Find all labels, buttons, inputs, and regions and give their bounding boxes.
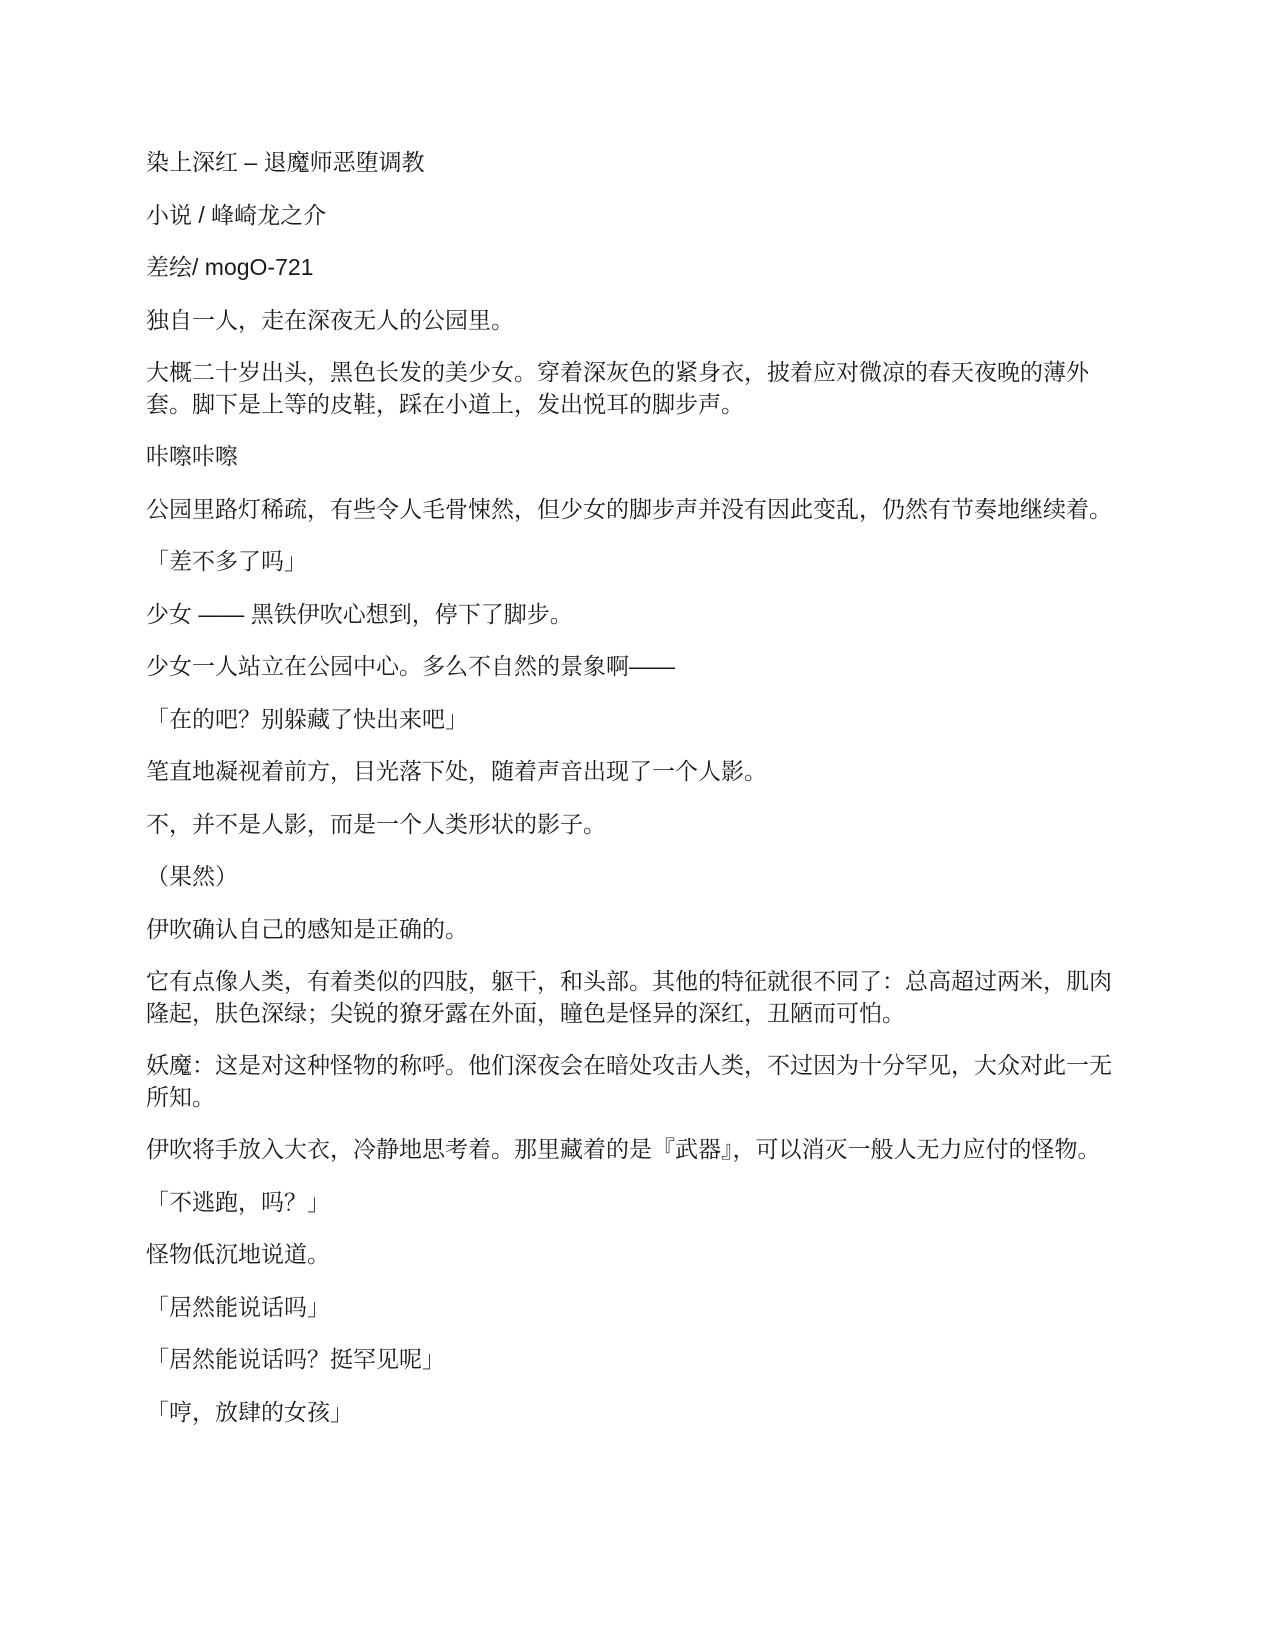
document-content: 染上深红 – 退魔师恶堕调教 小说 / 峰崎龙之介 差绘/ mogO-721 独… — [146, 147, 1114, 1428]
paragraph: 它有点像人类，有着类似的四肢，躯干，和头部。其他的特征就很不同了：总高超过两米，… — [146, 966, 1114, 1029]
paragraph-quote: 「不逃跑，吗？」 — [146, 1187, 1114, 1219]
document-page: 染上深红 – 退魔师恶堕调教 小说 / 峰崎龙之介 差绘/ mogO-721 独… — [0, 0, 1275, 1650]
paragraph: 妖魔：这是对这种怪物的称呼。他们深夜会在暗处攻击人类，不过因为十分罕见，大众对此… — [146, 1050, 1114, 1113]
paragraph: 怪物低沉地说道。 — [146, 1239, 1114, 1271]
paragraph: 独自一人，走在深夜无人的公园里。 — [146, 305, 1114, 337]
credit-novel-author: 小说 / 峰崎龙之介 — [146, 200, 1114, 232]
paragraph-quote: 「差不多了吗」 — [146, 546, 1114, 578]
paragraph: 咔嚓咔嚓 — [146, 441, 1114, 473]
paragraph: 伊吹确认自己的感知是正确的。 — [146, 914, 1114, 946]
paragraph: 笔直地凝视着前方，目光落下处，随着声音出现了一个人影。 — [146, 756, 1114, 788]
paragraph: 少女一人站立在公园中心。多么不自然的景象啊—— — [146, 651, 1114, 683]
paragraph-quote: 「居然能说话吗」 — [146, 1292, 1114, 1324]
paragraph-quote: 「在的吧？别躲藏了快出来吧」 — [146, 704, 1114, 736]
paragraph: （果然） — [146, 861, 1114, 893]
paragraph: 大概二十岁出头，黑色长发的美少女。穿着深灰色的紧身衣，披着应对微凉的春天夜晚的薄… — [146, 357, 1114, 420]
doc-title: 染上深红 – 退魔师恶堕调教 — [146, 147, 1114, 179]
paragraph: 不，并不是人影，而是一个人类形状的影子。 — [146, 809, 1114, 841]
credit-artist: 差绘/ mogO-721 — [146, 252, 1114, 284]
paragraph-quote: 「居然能说话吗？挺罕见呢」 — [146, 1344, 1114, 1376]
paragraph: 少女 —— 黑铁伊吹心想到，停下了脚步。 — [146, 599, 1114, 631]
paragraph: 伊吹将手放入大衣，冷静地思考着。那里藏着的是『武器』，可以消灭一般人无力应付的怪… — [146, 1134, 1114, 1166]
paragraph-quote: 「哼，放肆的女孩」 — [146, 1397, 1114, 1429]
paragraph: 公园里路灯稀疏，有些令人毛骨悚然，但少女的脚步声并没有因此变乱，仍然有节奏地继续… — [146, 494, 1114, 526]
